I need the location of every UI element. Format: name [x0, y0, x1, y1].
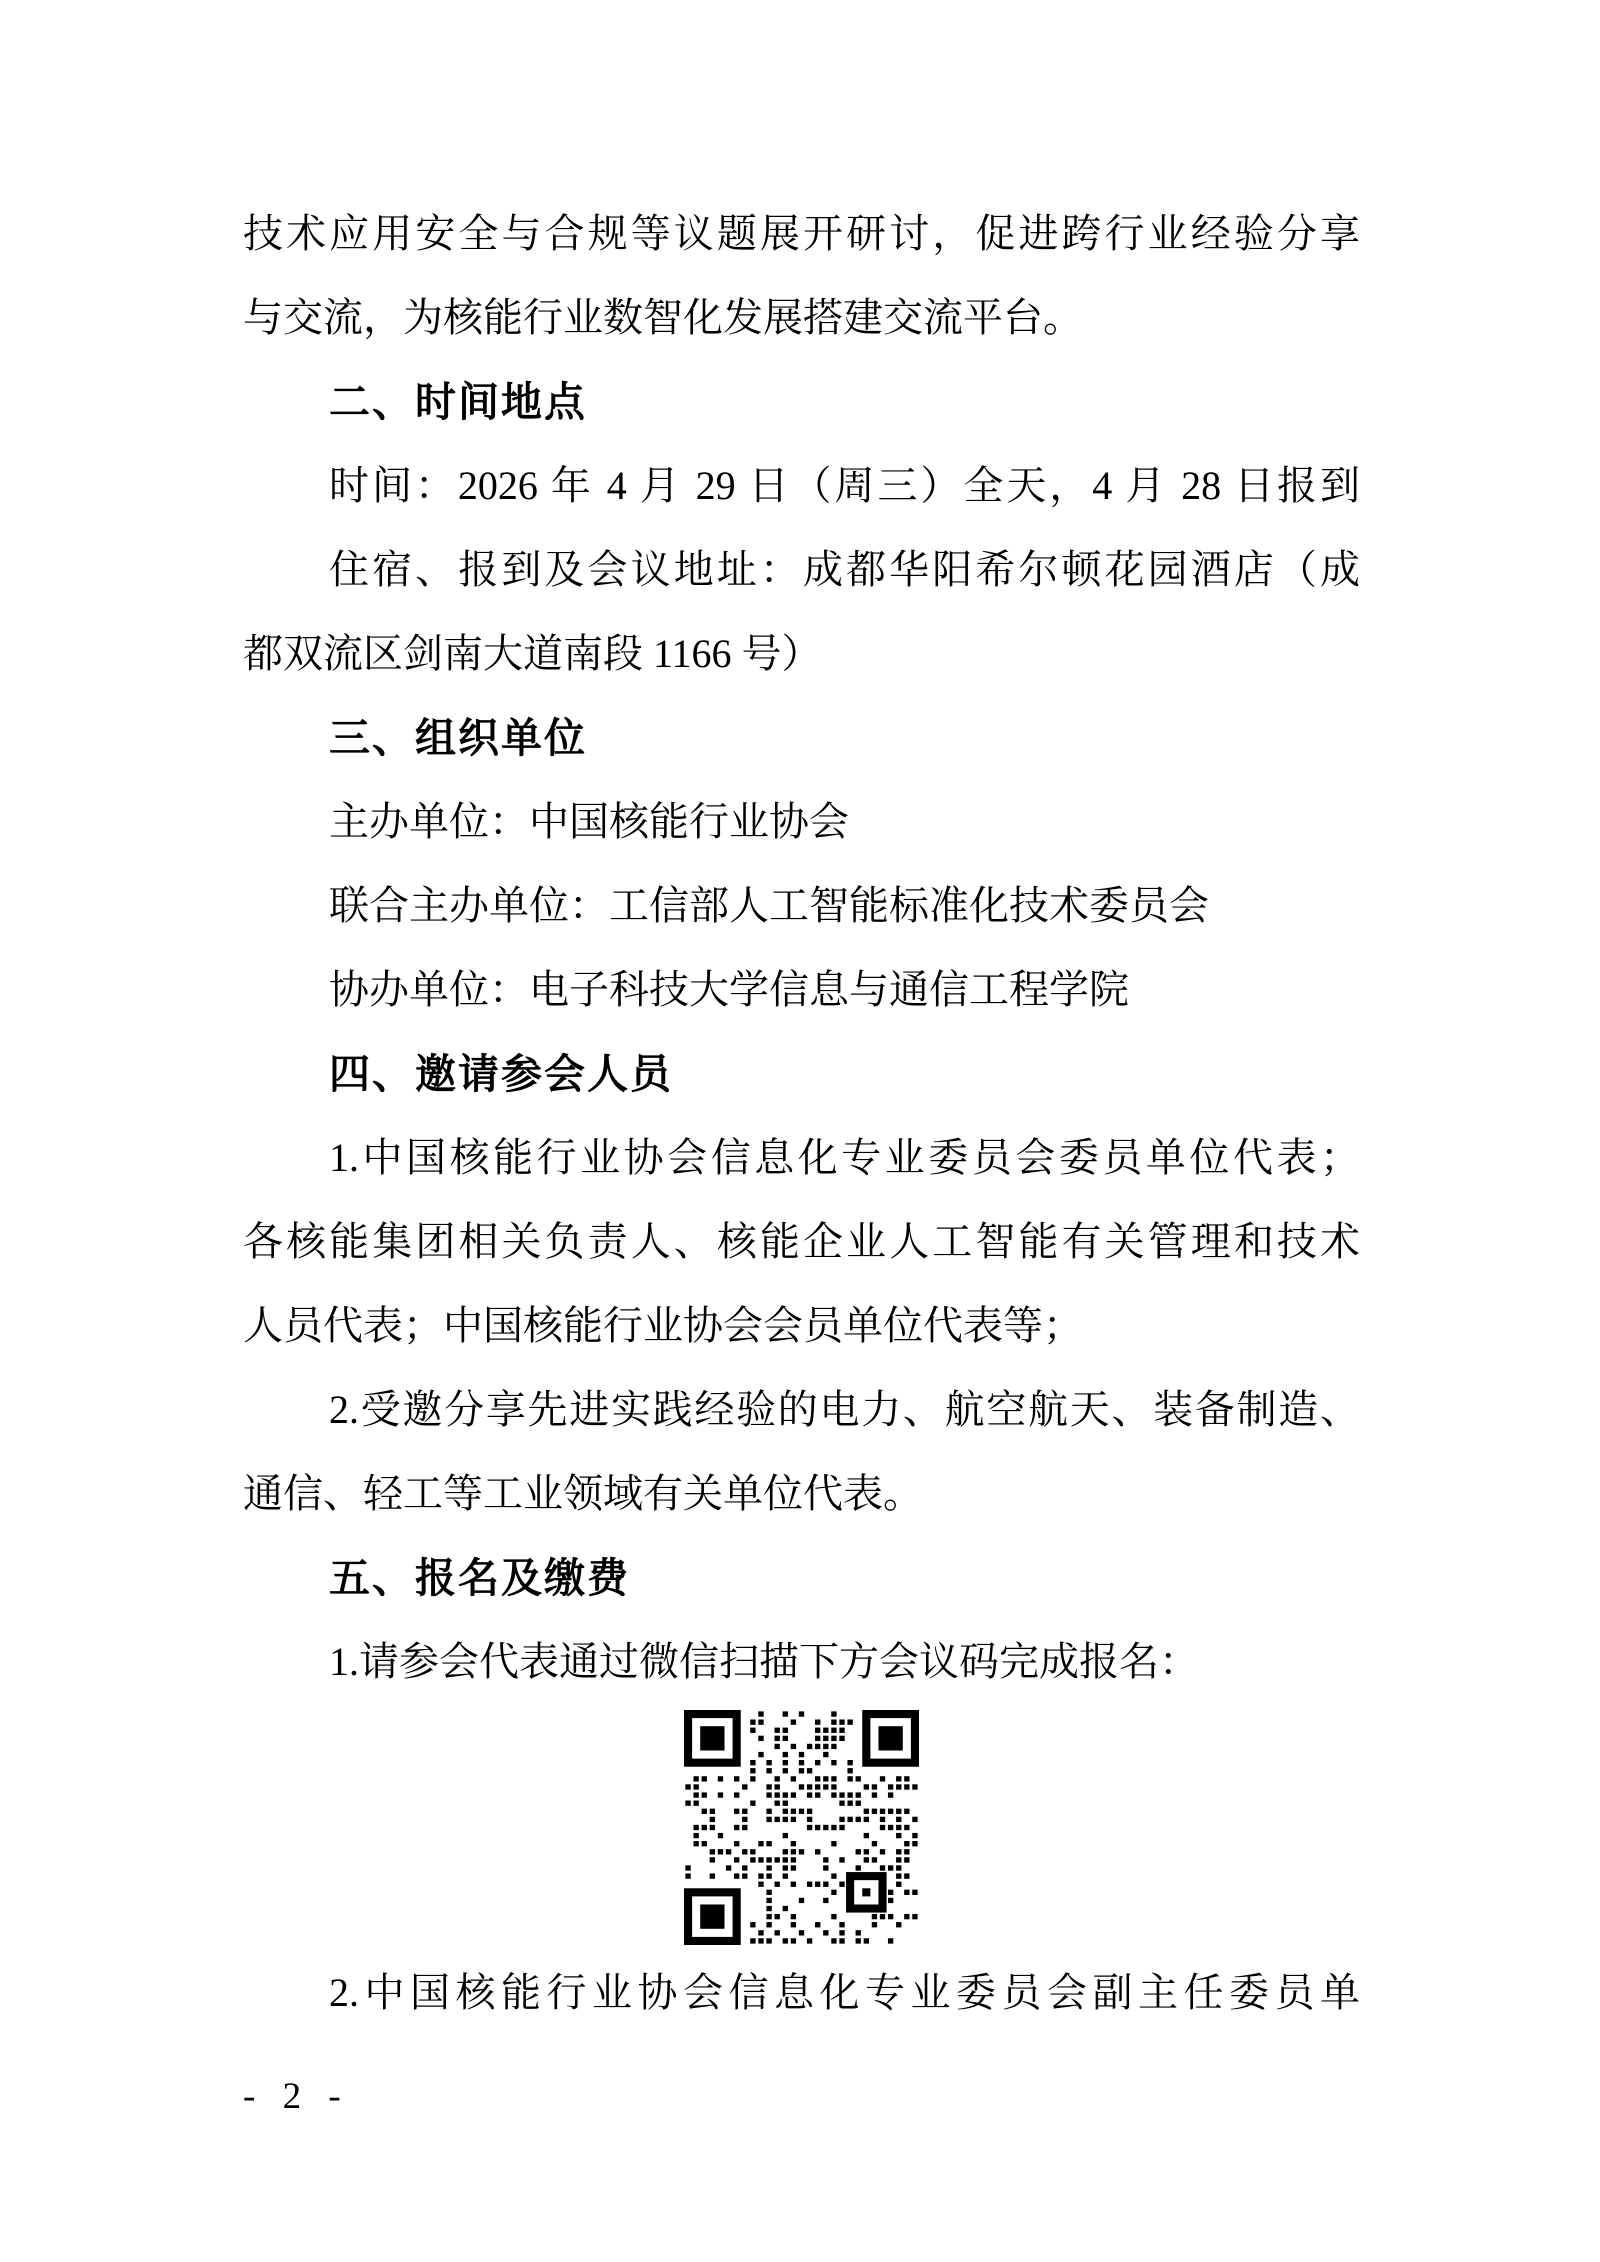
body-line: 联合主办单位：工信部人工智能标准化技术委员会	[243, 864, 1360, 948]
body-line: 都双流区剑南大道南段 1166 号）	[243, 612, 1360, 696]
body-line: 1.请参会代表通过微信扫描下方会议码完成报名：	[243, 1620, 1360, 1704]
body-line: 人员代表；中国核能行业协会会员单位代表等；	[243, 1284, 1360, 1368]
body-line: 通信、轻工等工业领域有关单位代表。	[243, 1452, 1360, 1536]
body-line: 住宿、报到及会议地址：成都华阳希尔顿花园酒店（成	[243, 528, 1360, 612]
qr-code-row	[243, 1710, 1360, 1951]
section-heading: 二、时间地点	[243, 360, 1360, 444]
section-heading: 四、邀请参会人员	[243, 1032, 1360, 1116]
section-heading: 五、报名及缴费	[243, 1536, 1360, 1620]
registration-qr-code	[684, 1710, 919, 1945]
body-line: 协办单位：电子科技大学信息与通信工程学院	[243, 948, 1360, 1032]
body-line: 1.中国核能行业协会信息化专业委员会委员单位代表；	[243, 1116, 1360, 1200]
section-heading: 三、组织单位	[243, 696, 1360, 780]
document-body: 技术应用安全与合规等议题展开研讨，促进跨行业经验分享与交流，为核能行业数智化发展…	[243, 192, 1360, 2035]
body-line: 2.中国核能行业协会信息化专业委员会副主任委员单	[243, 1951, 1360, 2035]
document-page: 技术应用安全与合规等议题展开研讨，促进跨行业经验分享与交流，为核能行业数智化发展…	[0, 0, 1600, 2262]
body-line: 与交流，为核能行业数智化发展搭建交流平台。	[243, 276, 1360, 360]
body-line: 2.受邀分享先进实践经验的电力、航空航天、装备制造、	[243, 1368, 1360, 1452]
body-line: 主办单位：中国核能行业协会	[243, 780, 1360, 864]
page-number: - 2 -	[243, 2073, 350, 2121]
body-line: 技术应用安全与合规等议题展开研讨，促进跨行业经验分享	[243, 192, 1360, 276]
body-line: 时间：2026 年 4 月 29 日（周三）全天，4 月 28 日报到	[243, 444, 1360, 528]
body-line: 各核能集团相关负责人、核能企业人工智能有关管理和技术	[243, 1200, 1360, 1284]
